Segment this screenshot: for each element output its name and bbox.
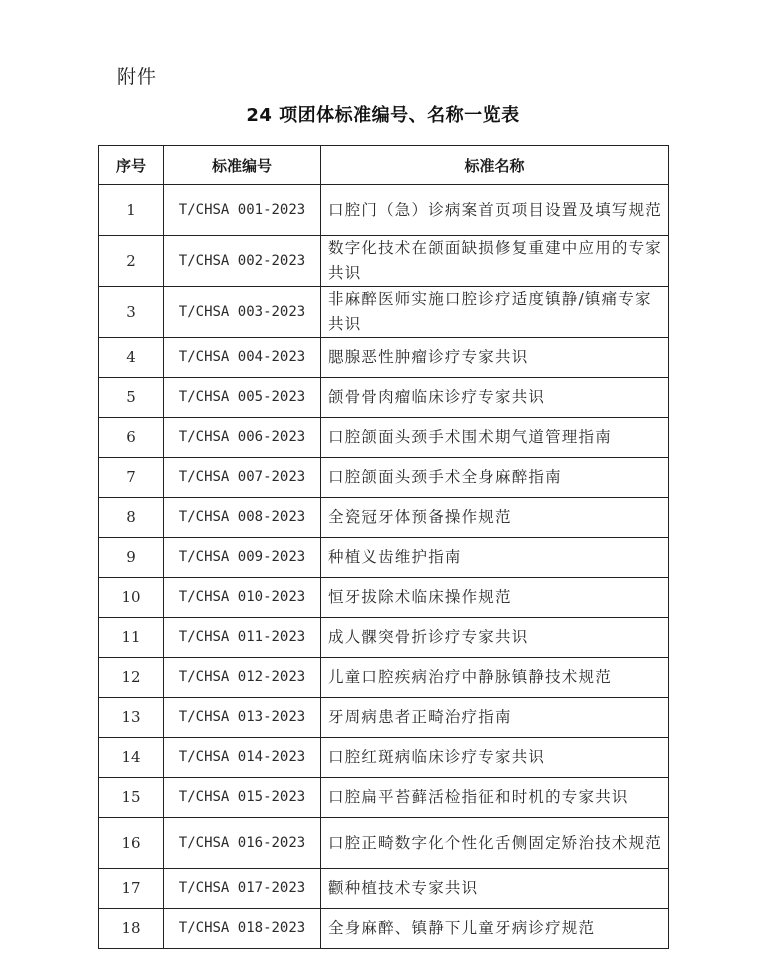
serial-number: 16 — [99, 818, 164, 869]
serial-number: 11 — [99, 618, 164, 658]
serial-number: 17 — [99, 869, 164, 909]
table-row: 11 T/CHSA 011-2023 成人髁突骨折诊疗专家共识 — [99, 618, 669, 658]
standard-code: T/CHSA 014-2023 — [164, 738, 321, 778]
standard-code: T/CHSA 015-2023 — [164, 778, 321, 818]
table-header-row: 序号 标准编号 标准名称 — [99, 146, 669, 185]
header-standard-name: 标准名称 — [321, 146, 669, 185]
serial-number: 3 — [99, 287, 164, 338]
standard-name: 口腔颌面头颈手术全身麻醉指南 — [321, 458, 669, 498]
standard-code: T/CHSA 010-2023 — [164, 578, 321, 618]
table-row: 15 T/CHSA 015-2023 口腔扁平苔藓活检指征和时机的专家共识 — [99, 778, 669, 818]
standard-name: 牙周病患者正畸治疗指南 — [321, 698, 669, 738]
serial-number: 8 — [99, 498, 164, 538]
standard-code: T/CHSA 004-2023 — [164, 338, 321, 378]
table-row: 18 T/CHSA 018-2023 全身麻醉、镇静下儿童牙病诊疗规范 — [99, 909, 669, 949]
attachment-label: 附件 — [117, 62, 157, 89]
table-row: 2 T/CHSA 002-2023 数字化技术在颌面缺损修复重建中应用的专家共识 — [99, 236, 669, 287]
serial-number: 14 — [99, 738, 164, 778]
standard-name: 颌骨骨肉瘤临床诊疗专家共识 — [321, 378, 669, 418]
serial-number: 7 — [99, 458, 164, 498]
table-row: 4 T/CHSA 004-2023 腮腺恶性肿瘤诊疗专家共识 — [99, 338, 669, 378]
standard-name: 全身麻醉、镇静下儿童牙病诊疗规范 — [321, 909, 669, 949]
table-row: 10 T/CHSA 010-2023 恒牙拔除术临床操作规范 — [99, 578, 669, 618]
table-row: 17 T/CHSA 017-2023 颧种植技术专家共识 — [99, 869, 669, 909]
serial-number: 15 — [99, 778, 164, 818]
standard-code: T/CHSA 006-2023 — [164, 418, 321, 458]
table-row: 6 T/CHSA 006-2023 口腔颌面头颈手术围术期气道管理指南 — [99, 418, 669, 458]
standard-name: 口腔红斑病临床诊疗专家共识 — [321, 738, 669, 778]
standard-code: T/CHSA 018-2023 — [164, 909, 321, 949]
standard-code: T/CHSA 003-2023 — [164, 287, 321, 338]
serial-number: 1 — [99, 185, 164, 236]
standard-name: 成人髁突骨折诊疗专家共识 — [321, 618, 669, 658]
serial-number: 10 — [99, 578, 164, 618]
header-standard-code: 标准编号 — [164, 146, 321, 185]
standard-name: 非麻醉医师实施口腔诊疗适度镇静/镇痛专家共识 — [321, 287, 669, 338]
table-row: 12 T/CHSA 012-2023 儿童口腔疾病治疗中静脉镇静技术规范 — [99, 658, 669, 698]
table-row: 13 T/CHSA 013-2023 牙周病患者正畸治疗指南 — [99, 698, 669, 738]
table-row: 5 T/CHSA 005-2023 颌骨骨肉瘤临床诊疗专家共识 — [99, 378, 669, 418]
standard-code: T/CHSA 013-2023 — [164, 698, 321, 738]
standard-code: T/CHSA 011-2023 — [164, 618, 321, 658]
standard-code: T/CHSA 009-2023 — [164, 538, 321, 578]
table-row: 7 T/CHSA 007-2023 口腔颌面头颈手术全身麻醉指南 — [99, 458, 669, 498]
serial-number: 4 — [99, 338, 164, 378]
standard-name: 腮腺恶性肿瘤诊疗专家共识 — [321, 338, 669, 378]
standards-table: 序号 标准编号 标准名称 1 T/CHSA 001-2023 口腔门（急）诊病案… — [98, 145, 669, 949]
serial-number: 9 — [99, 538, 164, 578]
standard-code: T/CHSA 012-2023 — [164, 658, 321, 698]
table-row: 9 T/CHSA 009-2023 种植义齿维护指南 — [99, 538, 669, 578]
standard-name: 颧种植技术专家共识 — [321, 869, 669, 909]
standard-code: T/CHSA 005-2023 — [164, 378, 321, 418]
standard-code: T/CHSA 017-2023 — [164, 869, 321, 909]
standard-code: T/CHSA 008-2023 — [164, 498, 321, 538]
standard-name: 种植义齿维护指南 — [321, 538, 669, 578]
table-row: 16 T/CHSA 016-2023 口腔正畸数字化个性化舌侧固定矫治技术规范 — [99, 818, 669, 869]
standard-name: 全瓷冠牙体预备操作规范 — [321, 498, 669, 538]
standard-name: 数字化技术在颌面缺损修复重建中应用的专家共识 — [321, 236, 669, 287]
standard-code: T/CHSA 001-2023 — [164, 185, 321, 236]
standard-code: T/CHSA 002-2023 — [164, 236, 321, 287]
serial-number: 18 — [99, 909, 164, 949]
serial-number: 5 — [99, 378, 164, 418]
standard-name: 儿童口腔疾病治疗中静脉镇静技术规范 — [321, 658, 669, 698]
table-row: 8 T/CHSA 008-2023 全瓷冠牙体预备操作规范 — [99, 498, 669, 538]
header-serial-number: 序号 — [99, 146, 164, 185]
standard-name: 口腔颌面头颈手术围术期气道管理指南 — [321, 418, 669, 458]
document-title: 24 项团体标准编号、名称一览表 — [98, 101, 668, 127]
serial-number: 13 — [99, 698, 164, 738]
table-row: 14 T/CHSA 014-2023 口腔红斑病临床诊疗专家共识 — [99, 738, 669, 778]
standard-name: 口腔正畸数字化个性化舌侧固定矫治技术规范 — [321, 818, 669, 869]
serial-number: 2 — [99, 236, 164, 287]
serial-number: 12 — [99, 658, 164, 698]
standard-name: 口腔扁平苔藓活检指征和时机的专家共识 — [321, 778, 669, 818]
standard-name: 口腔门（急）诊病案首页项目设置及填写规范 — [321, 185, 669, 236]
standard-code: T/CHSA 016-2023 — [164, 818, 321, 869]
standard-code: T/CHSA 007-2023 — [164, 458, 321, 498]
standard-name: 恒牙拔除术临床操作规范 — [321, 578, 669, 618]
table-row: 1 T/CHSA 001-2023 口腔门（急）诊病案首页项目设置及填写规范 — [99, 185, 669, 236]
serial-number: 6 — [99, 418, 164, 458]
table-row: 3 T/CHSA 003-2023 非麻醉医师实施口腔诊疗适度镇静/镇痛专家共识 — [99, 287, 669, 338]
